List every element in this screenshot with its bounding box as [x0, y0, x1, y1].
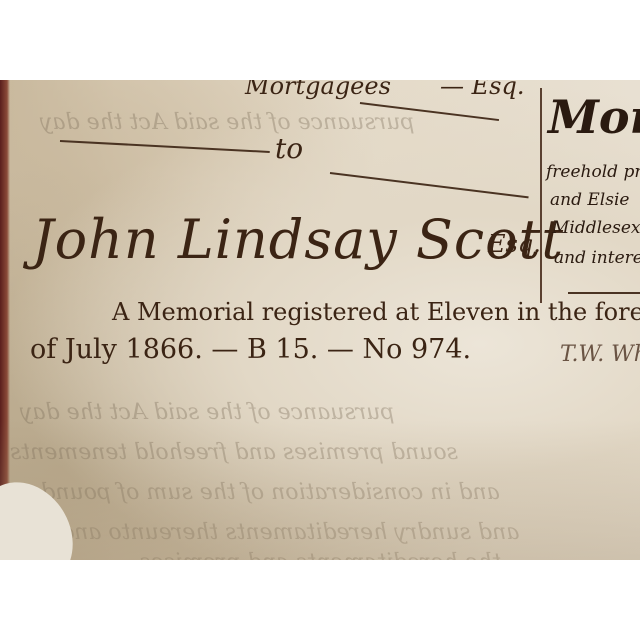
- side-panel-line: Middlesex: [552, 218, 640, 238]
- rule-line: [60, 140, 270, 153]
- side-panel-line: and Elsie: [550, 190, 629, 210]
- rule-line: [330, 172, 529, 198]
- party-name-suffix: Esq.: [488, 230, 541, 258]
- side-panel-line: and interes: [554, 248, 640, 268]
- esq-top-text: — Esq.: [440, 80, 524, 100]
- to-text: to: [275, 132, 303, 165]
- side-panel-border: [540, 88, 542, 303]
- memorial-signature: T.W. Wh: [560, 342, 640, 367]
- mortgagees-text: Mortgagees: [245, 80, 391, 100]
- memorial-line-2: of July 1866. — B 15. — No 974.: [30, 334, 471, 365]
- document-photo: pursuance of the said Act the day pursua…: [0, 80, 640, 560]
- side-panel-title: Mort: [548, 90, 640, 144]
- side-panel-line: freehold pre: [546, 162, 640, 182]
- shadow: [0, 420, 640, 560]
- memorial-line-1: A Memorial registered at Eleven in the f…: [112, 298, 640, 326]
- bleed-through-text: pursuance of the said Act the day: [40, 110, 414, 135]
- rule-line: [568, 292, 640, 294]
- party-name: John Lindsay Scott: [32, 208, 564, 271]
